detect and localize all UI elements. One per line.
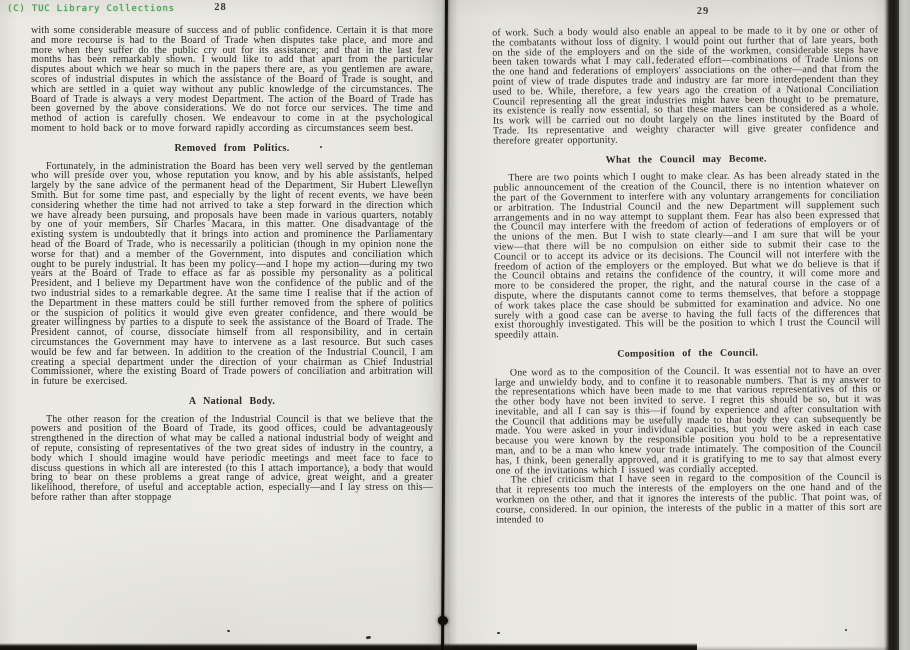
scanned-book-spread: (C) TUC Library Collections 28 with some… [0, 0, 910, 650]
paragraph: The chief criticism that I have seen in … [496, 473, 882, 525]
scan-edge-bottom-dark [0, 643, 697, 650]
page-left: 28 with some considerable measure of suc… [0, 0, 449, 650]
dust-speck [652, 62, 654, 64]
paragraph: of work. Such a body would also enable a… [492, 26, 879, 147]
page-right-text-column: of work. Such a body would also enable a… [447, 0, 887, 525]
section-heading: A National Body. [31, 397, 433, 407]
section-heading: What the Council may Become. [493, 153, 879, 166]
scan-edge-bottom-gray [697, 646, 910, 650]
section-heading: Composition of the Council. [495, 348, 881, 361]
dust-speck [320, 146, 322, 148]
gutter-ink-blot [438, 616, 448, 625]
paragraph: There are two points which I ought to ma… [493, 171, 880, 341]
section-heading: Removed from Politics. [31, 144, 433, 154]
paragraph: Fortunately, in the administration the B… [31, 162, 433, 387]
library-watermark: (C) TUC Library Collections [7, 4, 175, 14]
scan-edge-right-dark [884, 0, 899, 650]
paragraph: One word as to the composition of the Co… [495, 365, 882, 476]
page-right: 29 of work. Such a body would also enabl… [449, 0, 885, 650]
paragraph: with some considerable measure of succes… [31, 26, 433, 134]
paragraph: The other reason for the creation of the… [31, 415, 433, 503]
scan-edge-right-gray [899, 0, 910, 650]
dust-speck [497, 632, 500, 634]
dust-speck [845, 629, 847, 631]
page-left-text-column: with some considerable measure of succes… [0, 0, 449, 503]
